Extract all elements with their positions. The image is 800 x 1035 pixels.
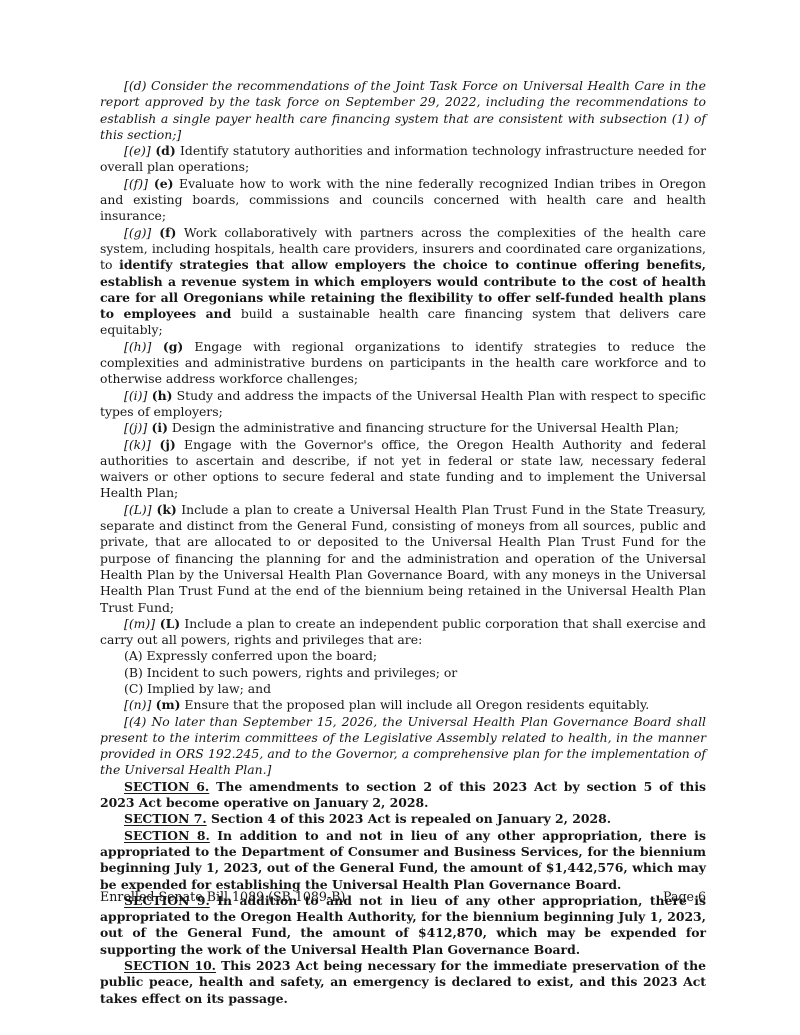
text-run: [(4) No later than September 15, 2026, t…: [100, 714, 706, 778]
section-heading: SECTION 10.: [124, 958, 216, 973]
text-run: (B) Incident to such powers, rights and …: [124, 665, 457, 680]
paragraph: [(i)] (h) Study and address the impacts …: [100, 388, 706, 421]
text-run: (h): [147, 388, 172, 403]
paragraph: [(d) Consider the recommendations of the…: [100, 78, 706, 143]
text-run: (m): [151, 697, 180, 712]
section-heading: SECTION 8.: [124, 828, 210, 843]
text-run: Evaluate how to work with the nine feder…: [100, 176, 706, 224]
paragraph: [(f)] (e) Evaluate how to work with the …: [100, 176, 706, 225]
text-run: [(d) Consider the recommendations of the…: [100, 78, 706, 142]
text-run: [(k)]: [124, 437, 151, 452]
document-page: [(d) Consider the recommendations of the…: [0, 0, 800, 1035]
text-run: (A) Expressly conferred upon the board;: [124, 648, 377, 663]
text-run: [(m)]: [124, 616, 155, 631]
text-run: Identify statutory authorities and infor…: [100, 143, 706, 174]
paragraph: (B) Incident to such powers, rights and …: [100, 665, 706, 681]
text-run: Design the administrative and financing …: [168, 420, 679, 435]
text-run: [(j)]: [124, 420, 147, 435]
text-run: (i): [147, 420, 168, 435]
text-run: (L): [155, 616, 180, 631]
text-run: Ensure that the proposed plan will inclu…: [180, 697, 649, 712]
text-run: (f): [151, 225, 176, 240]
text-run: [(L)]: [124, 502, 152, 517]
text-run: Study and address the impacts of the Uni…: [100, 388, 706, 419]
paragraph: [(e)] (d) Identify statutory authorities…: [100, 143, 706, 176]
bill-text: [(d) Consider the recommendations of the…: [100, 78, 706, 1007]
paragraph: SECTION 7. Section 4 of this 2023 Act is…: [100, 811, 706, 827]
section-heading: SECTION 7.: [124, 811, 207, 826]
paragraph: SECTION 6. The amendments to section 2 o…: [100, 779, 706, 812]
paragraph: [(h)] (g) Engage with regional organizat…: [100, 339, 706, 388]
page-footer: Enrolled Senate Bill 1089 (SB 1089-B) Pa…: [100, 889, 706, 905]
text-run: Include a plan to create a Universal Hea…: [100, 502, 706, 615]
text-run: Engage with the Governor's office, the O…: [100, 437, 706, 501]
paragraph: [(j)] (i) Design the administrative and …: [100, 420, 706, 436]
text-run: [(i)]: [124, 388, 147, 403]
paragraph: SECTION 8. In addition to and not in lie…: [100, 828, 706, 893]
section-heading: SECTION 6.: [124, 779, 209, 794]
text-run: Section 4 of this 2023 Act is repealed o…: [207, 811, 611, 826]
footer-page-number: Page 6: [663, 889, 706, 905]
paragraph: (A) Expressly conferred upon the board;: [100, 648, 706, 664]
paragraph: [(m)] (L) Include a plan to create an in…: [100, 616, 706, 649]
text-run: (j): [151, 437, 176, 452]
text-run: Engage with regional organizations to id…: [100, 339, 706, 387]
paragraph: (C) Implied by law; and: [100, 681, 706, 697]
text-run: (d): [151, 143, 176, 158]
text-run: [(e)]: [124, 143, 151, 158]
paragraph: [(4) No later than September 15, 2026, t…: [100, 714, 706, 779]
text-run: (k): [152, 502, 177, 517]
text-run: Include a plan to create an independent …: [100, 616, 706, 647]
paragraph: [(n)] (m) Ensure that the proposed plan …: [100, 697, 706, 713]
paragraph: [(g)] (f) Work collaboratively with part…: [100, 225, 706, 339]
text-run: (e): [148, 176, 174, 191]
text-run: [(g)]: [124, 225, 151, 240]
text-run: [(h)]: [124, 339, 151, 354]
paragraph: SECTION 10. This 2023 Act being necessar…: [100, 958, 706, 1007]
paragraph: [(L)] (k) Include a plan to create a Uni…: [100, 502, 706, 616]
paragraph: [(k)] (j) Engage with the Governor's off…: [100, 437, 706, 502]
text-run: (g): [151, 339, 183, 354]
text-run: [(n)]: [124, 697, 151, 712]
footer-bill-title: Enrolled Senate Bill 1089 (SB 1089-B): [100, 889, 345, 905]
text-run: (C) Implied by law; and: [124, 681, 271, 696]
text-run: [(f)]: [124, 176, 148, 191]
